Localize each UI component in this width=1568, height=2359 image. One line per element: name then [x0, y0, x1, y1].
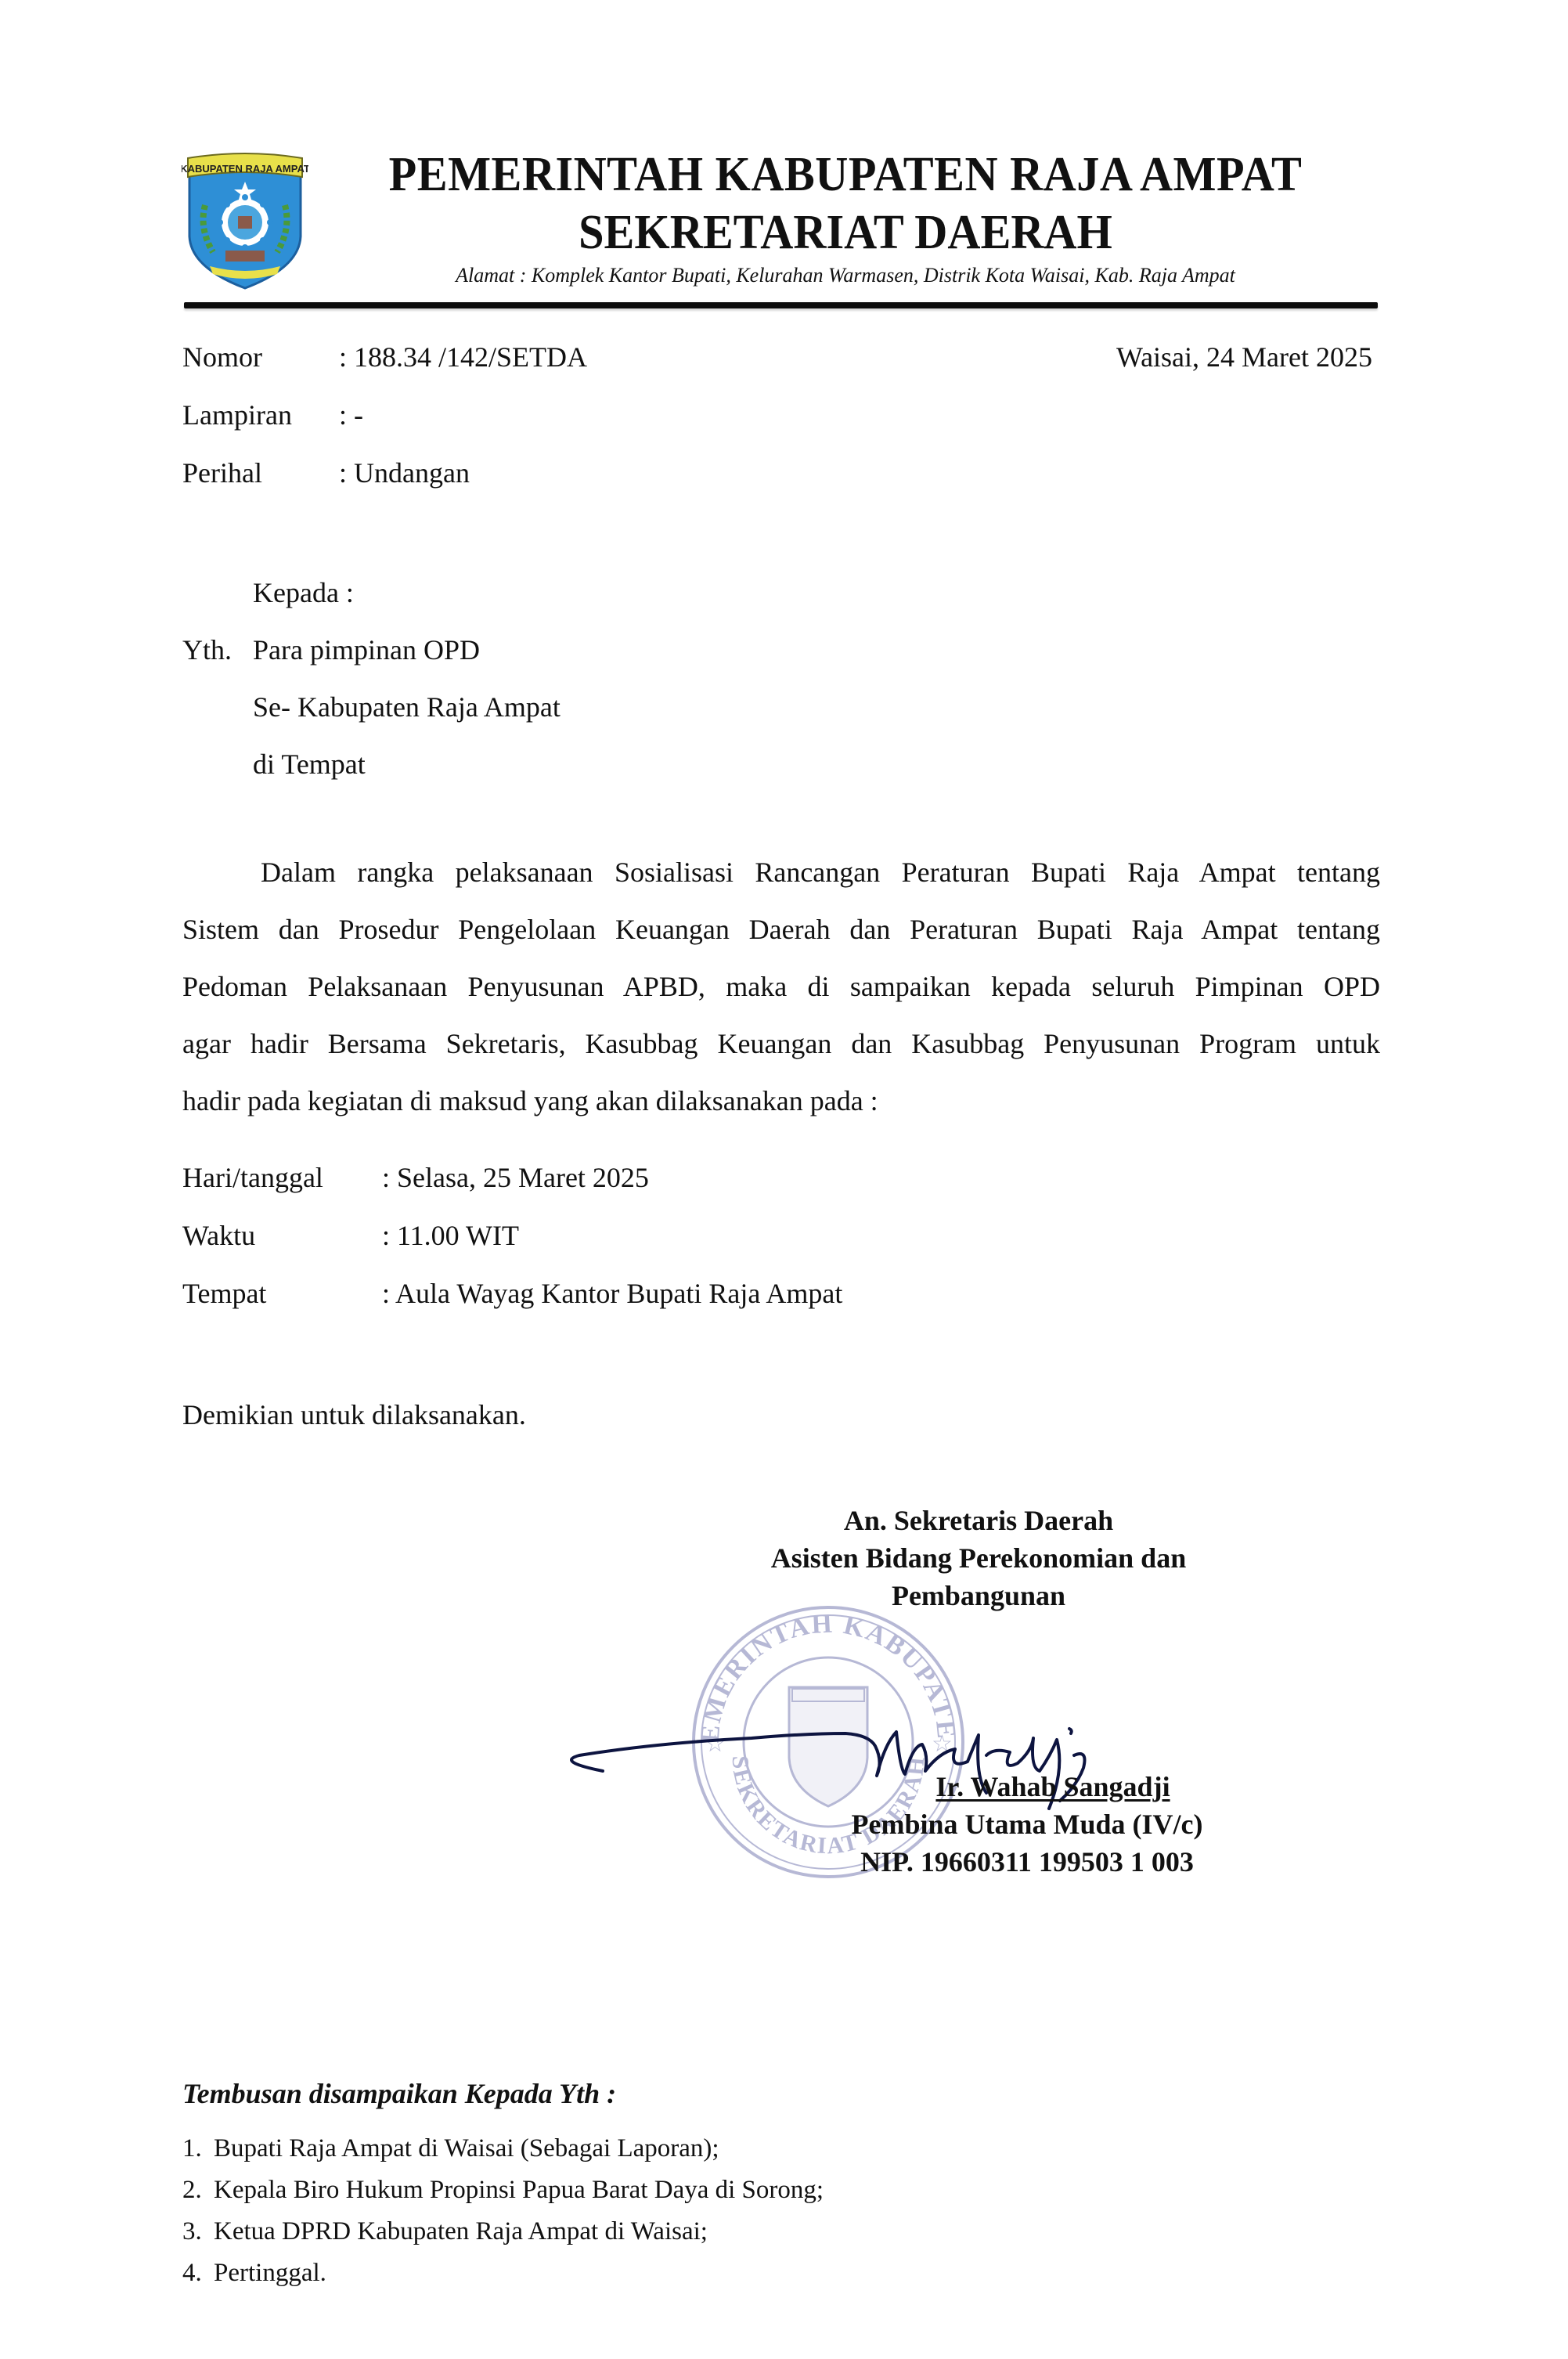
list-item: 2.Kepala Biro Hukum Propinsi Papua Barat…: [182, 2170, 824, 2211]
meta-label: Nomor: [182, 340, 339, 374]
body-line: hadir pada kegiatan di maksud yang akan …: [182, 1073, 1380, 1130]
position-line: Asisten Bidang Perekonomian dan: [705, 1539, 1253, 1577]
signatory-title-block: An. Sekretaris Daerah Asisten Bidang Per…: [705, 1502, 1253, 1614]
event-value: : 11.00 WIT: [382, 1220, 519, 1251]
meta-row-perihal: Perihal: Undangan: [182, 456, 470, 490]
tembusan-title: Tembusan disampaikan Kepada Yth :: [182, 2076, 616, 2111]
meta-value: : -: [339, 398, 363, 432]
body-line: agar hadir Bersama Sekretaris, Kasubbag …: [182, 1015, 1380, 1073]
signatory-name: Ir. Wahab Sangadji: [935, 1768, 1170, 1805]
list-item: 1.Bupati Raja Ampat di Waisai (Sebagai L…: [182, 2128, 824, 2170]
letterhead-subtitle: SEKRETARIAT DAERAH: [352, 205, 1339, 260]
meta-label: Perihal: [182, 456, 339, 490]
event-label: Waktu: [182, 1218, 382, 1253]
meta-row-nomor: Nomor: 188.34 /142/SETDA: [182, 340, 587, 374]
closing-sentence: Demikian untuk dilaksanakan.: [182, 1398, 526, 1432]
signatory-rank: Pembina Utama Muda (IV/c): [753, 1805, 1301, 1843]
list-number: 4.: [182, 2253, 214, 2294]
place-date: Waisai, 24 Maret 2025: [1116, 340, 1372, 374]
event-label: Hari/tanggal: [182, 1160, 382, 1195]
list-number: 2.: [182, 2170, 214, 2211]
kabupaten-crest-logo: KABUPATEN RAJA AMPAT: [182, 150, 308, 291]
tembusan-list: 1.Bupati Raja Ampat di Waisai (Sebagai L…: [182, 2128, 824, 2294]
addressee-yth: Yth.: [182, 633, 232, 667]
addressee-line: Se- Kabupaten Raja Ampat: [253, 690, 561, 724]
event-value: : Aula Wayag Kantor Bupati Raja Ampat: [382, 1278, 842, 1309]
letterhead-divider: [184, 302, 1378, 308]
body-line: Pedoman Pelaksanaan Penyusunan APBD, mak…: [182, 958, 1380, 1015]
list-number: 1.: [182, 2128, 214, 2170]
crest-icon: KABUPATEN RAJA AMPAT: [182, 150, 308, 291]
position-line: Pembangunan: [705, 1577, 1253, 1614]
body-paragraph: Dalam rangka pelaksanaan Sosialisasi Ran…: [182, 844, 1380, 1130]
addressee-kepada: Kepada :: [253, 575, 354, 610]
meta-value: : 188.34 /142/SETDA: [339, 340, 587, 374]
signatory-identity: Ir. Wahab Sangadji Pembina Utama Muda (I…: [705, 1768, 1253, 1881]
letterhead-title: PEMERINTAH KABUPATEN RAJA AMPAT: [352, 147, 1339, 202]
addressee-line: di Tempat: [253, 747, 366, 781]
signatory-nip: NIP. 19660311 199503 1 003: [753, 1843, 1301, 1881]
meta-label: Lampiran: [182, 398, 339, 432]
meta-row-lampiran: Lampiran: -: [182, 398, 363, 432]
event-row-time: Waktu: 11.00 WIT: [182, 1218, 519, 1253]
body-line: Sistem dan Prosedur Pengelolaan Keuangan…: [182, 901, 1380, 958]
event-value: : Selasa, 25 Maret 2025: [382, 1162, 649, 1193]
list-text: Kepala Biro Hukum Propinsi Papua Barat D…: [214, 2176, 824, 2204]
event-row-place: Tempat: Aula Wayag Kantor Bupati Raja Am…: [182, 1276, 842, 1311]
on-behalf-line: An. Sekretaris Daerah: [705, 1502, 1253, 1539]
list-item: 4.Pertinggal.: [182, 2253, 824, 2294]
list-text: Bupati Raja Ampat di Waisai (Sebagai Lap…: [214, 2134, 719, 2162]
addressee-line: Para pimpinan OPD: [253, 633, 480, 667]
list-item: 3.Ketua DPRD Kabupaten Raja Ampat di Wai…: [182, 2211, 824, 2253]
list-text: Ketua DPRD Kabupaten Raja Ampat di Waisa…: [214, 2217, 708, 2245]
svg-text:KABUPATEN RAJA AMPAT: KABUPATEN RAJA AMPAT: [182, 163, 308, 175]
event-row-date: Hari/tanggal: Selasa, 25 Maret 2025: [182, 1160, 649, 1195]
meta-value: : Undangan: [339, 456, 470, 490]
event-label: Tempat: [182, 1276, 382, 1311]
list-number: 3.: [182, 2211, 214, 2253]
letterhead-address: Alamat : Komplek Kantor Bupati, Keluraha…: [321, 262, 1370, 289]
body-line: Dalam rangka pelaksanaan Sosialisasi Ran…: [182, 844, 1380, 901]
list-text: Pertinggal.: [214, 2259, 326, 2287]
